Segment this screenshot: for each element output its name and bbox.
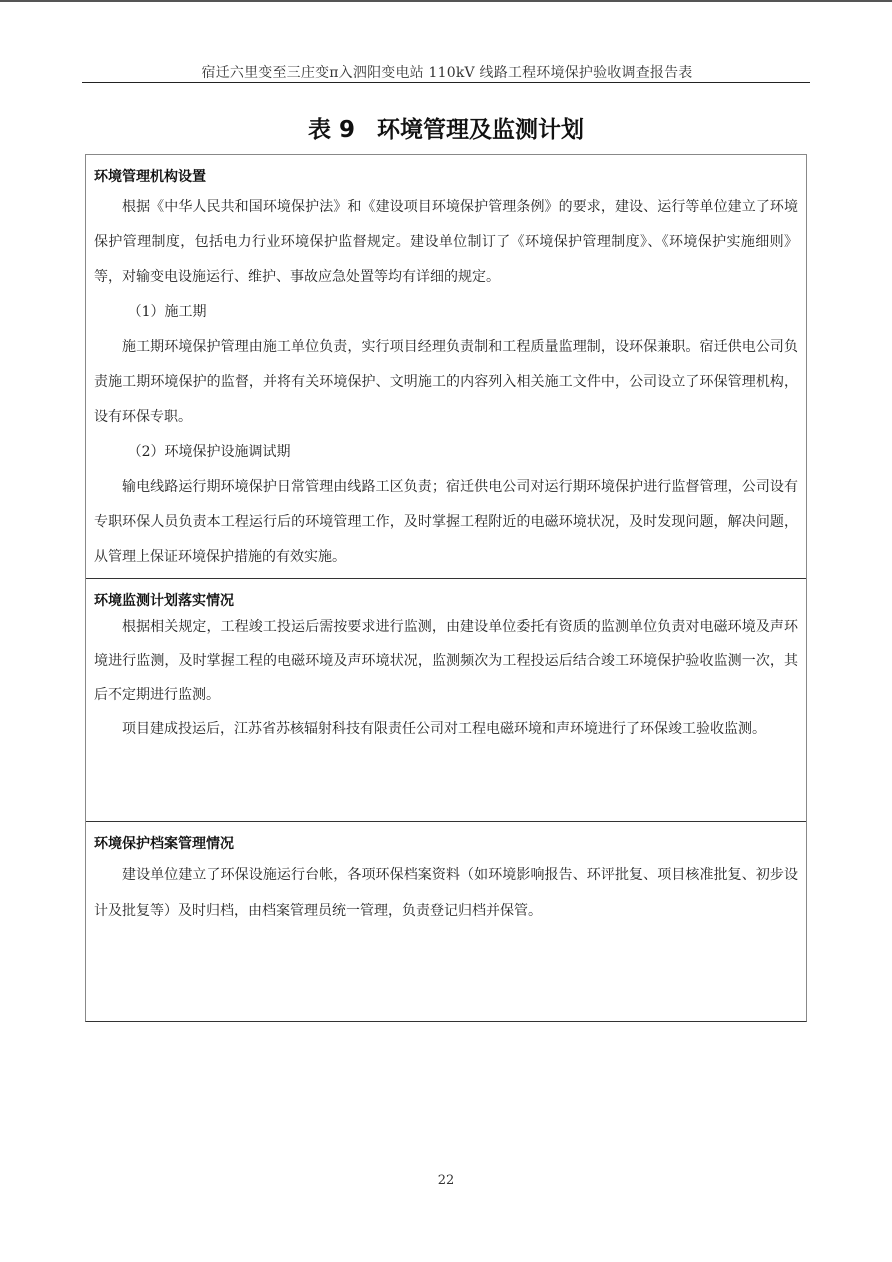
- section-management-organization: 环境管理机构设置 根据《中华人民共和国环境保护法》和《建设项目环境保护管理条例》…: [86, 155, 806, 578]
- paragraph: 根据相关规定，工程竣工投运后需按要求进行监测，由建设单位委托有资质的监测单位负责…: [94, 610, 798, 712]
- table-number: 表 9: [308, 117, 355, 143]
- section-monitoring-plan: 环境监测计划落实情况 根据相关规定，工程竣工投运后需按要求进行监测，由建设单位委…: [86, 578, 806, 821]
- section-heading: 环境监测计划落实情况: [94, 590, 798, 612]
- header-rule: [82, 82, 810, 83]
- paragraph: 施工期环境保护管理由施工单位负责，实行项目经理负责制和工程质量监理制，设环保兼职…: [94, 330, 798, 435]
- section-archive-management: 环境保护档案管理情况 建设单位建立了环保设施运行台帐，各项环保档案资料（如环境影…: [86, 821, 806, 1022]
- page-title: 表 9环境管理及监测计划: [0, 111, 892, 144]
- top-edge-rule: [0, 0, 892, 2]
- running-header: 宿迁六里变至三庄变π入泗阳变电站 110kV 线路工程环境保护验收调查报告表: [84, 62, 810, 82]
- section-heading: 环境保护档案管理情况: [94, 833, 798, 855]
- section-heading: 环境管理机构设置: [94, 166, 798, 188]
- subsection-label: （2）环境保护设施调试期: [94, 435, 798, 470]
- subsection-label: （1）施工期: [94, 295, 798, 330]
- paragraph: 建设单位建立了环保设施运行台帐，各项环保档案资料（如环境影响报告、环评批复、项目…: [94, 857, 798, 929]
- paragraph: 输电线路运行期环境保护日常管理由线路工区负责；宿迁供电公司对运行期环境保护进行监…: [94, 470, 798, 575]
- paragraph: 项目建成投运后，江苏省苏核辐射科技有限责任公司对工程电磁环境和声环境进行了环保竣…: [94, 712, 798, 746]
- paragraph: 根据《中华人民共和国环境保护法》和《建设项目环境保护管理条例》的要求，建设、运行…: [94, 190, 798, 295]
- management-table: 环境管理机构设置 根据《中华人民共和国环境保护法》和《建设项目环境保护管理条例》…: [85, 154, 807, 1022]
- table-title: 环境管理及监测计划: [377, 117, 584, 143]
- page-number: 22: [0, 1173, 892, 1188]
